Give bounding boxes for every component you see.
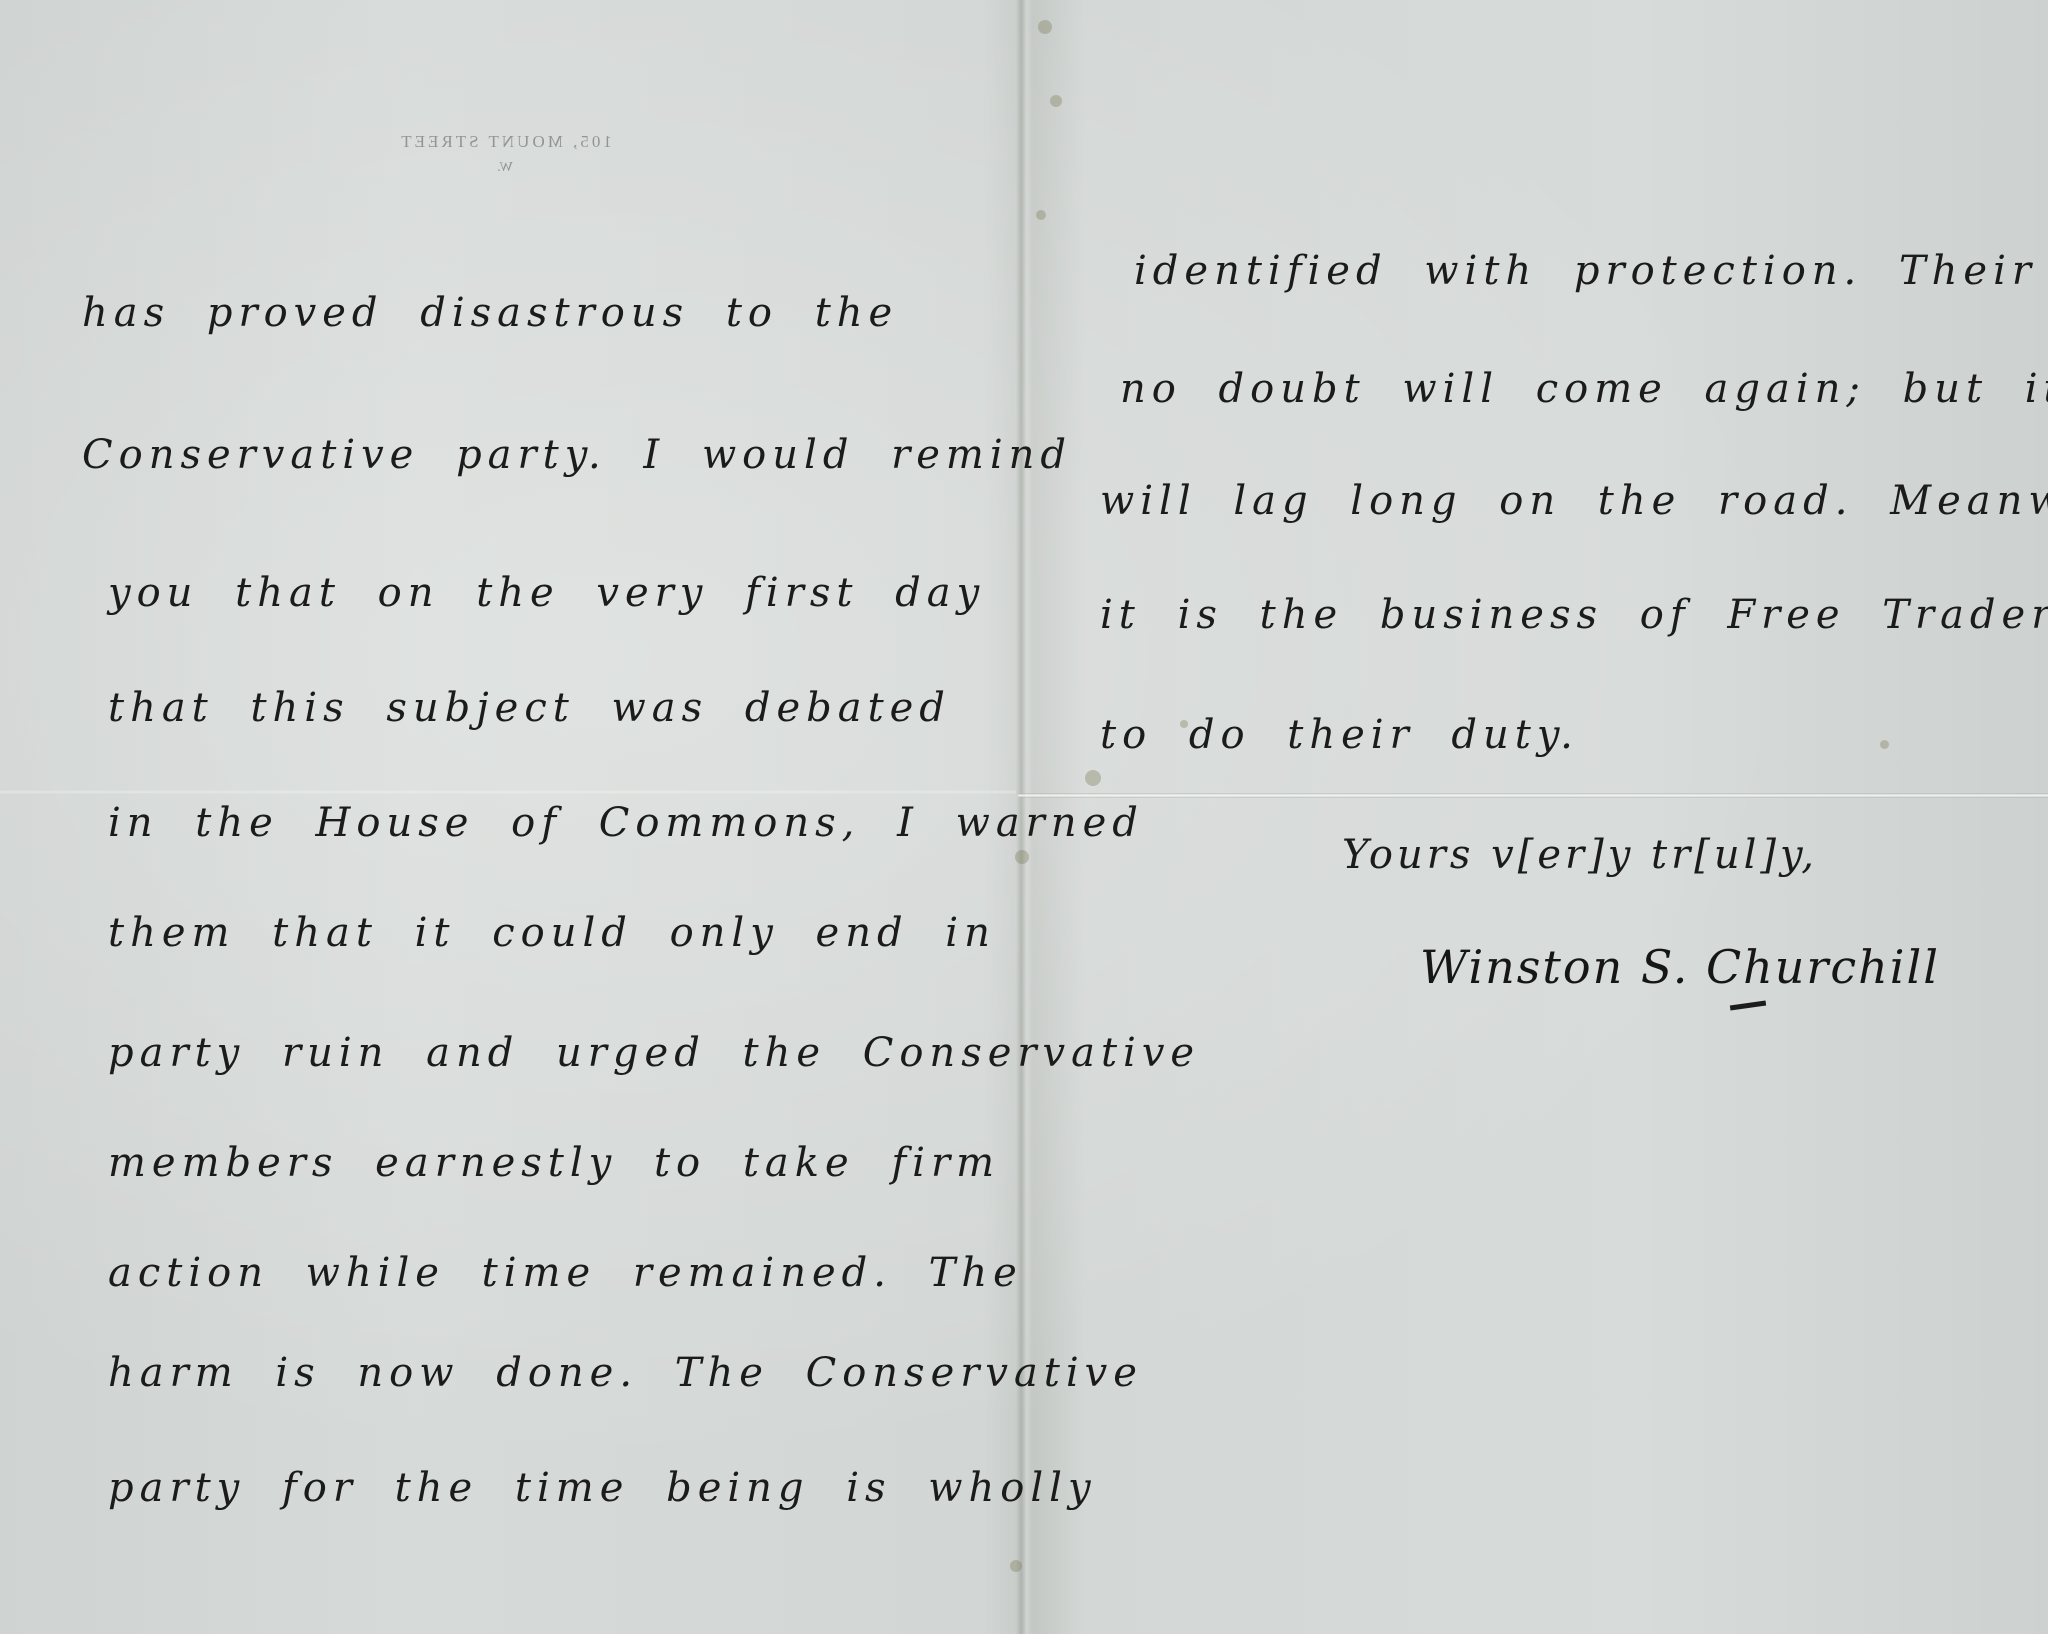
foxing-spot	[1015, 850, 1029, 864]
letter-sheet: 105, MOUNT STREET W. has proved disastro…	[0, 0, 2048, 1634]
horizontal-fold-left	[0, 790, 1016, 794]
foxing-spot	[1050, 95, 1062, 107]
signature-underline	[1730, 1001, 1766, 1011]
text-line: to do their duty.	[1100, 712, 1579, 758]
letterhead-bleed-through: 105, MOUNT STREET W.	[385, 132, 625, 176]
foxing-spot	[1038, 20, 1052, 34]
text-line: in the House of Commons, I warned	[108, 800, 1144, 846]
text-line: it is the business of Free Traders	[1100, 592, 2048, 638]
foxing-spot	[1085, 770, 1101, 786]
text-line: no doubt will come again; but it	[1120, 366, 2048, 412]
letterhead-street: 105, MOUNT STREET	[398, 132, 612, 151]
foxing-spot	[1010, 1560, 1022, 1572]
text-line: party ruin and urged the Conservative	[108, 1030, 1200, 1076]
letterhead-district: W.	[385, 160, 625, 176]
text-line: them that it could only end in	[108, 910, 996, 956]
text-line: action while time remained. The	[108, 1250, 1023, 1296]
foxing-spot	[1880, 740, 1889, 749]
horizontal-fold-right	[1018, 793, 2048, 798]
text-line: party for the time being is wholly	[108, 1465, 1097, 1511]
text-line: identified with protection. Their day	[1134, 248, 2048, 294]
text-line: harm is now done. The Conservative	[108, 1350, 1143, 1396]
text-line: has proved disastrous to the	[82, 290, 898, 336]
text-line: that this subject was debated	[108, 685, 951, 731]
signature: Winston S. Churchill	[1420, 940, 1940, 994]
text-line: Conservative party. I would remind	[82, 432, 1072, 478]
text-line: members earnestly to take firm	[108, 1140, 1000, 1186]
foxing-spot	[1036, 210, 1046, 220]
text-line: you that on the very first day	[108, 570, 985, 616]
closing-salutation: Yours v[er]y tr[ul]y,	[1342, 832, 1818, 878]
text-line: will lag long on the road. Meanwhile	[1100, 478, 2048, 524]
